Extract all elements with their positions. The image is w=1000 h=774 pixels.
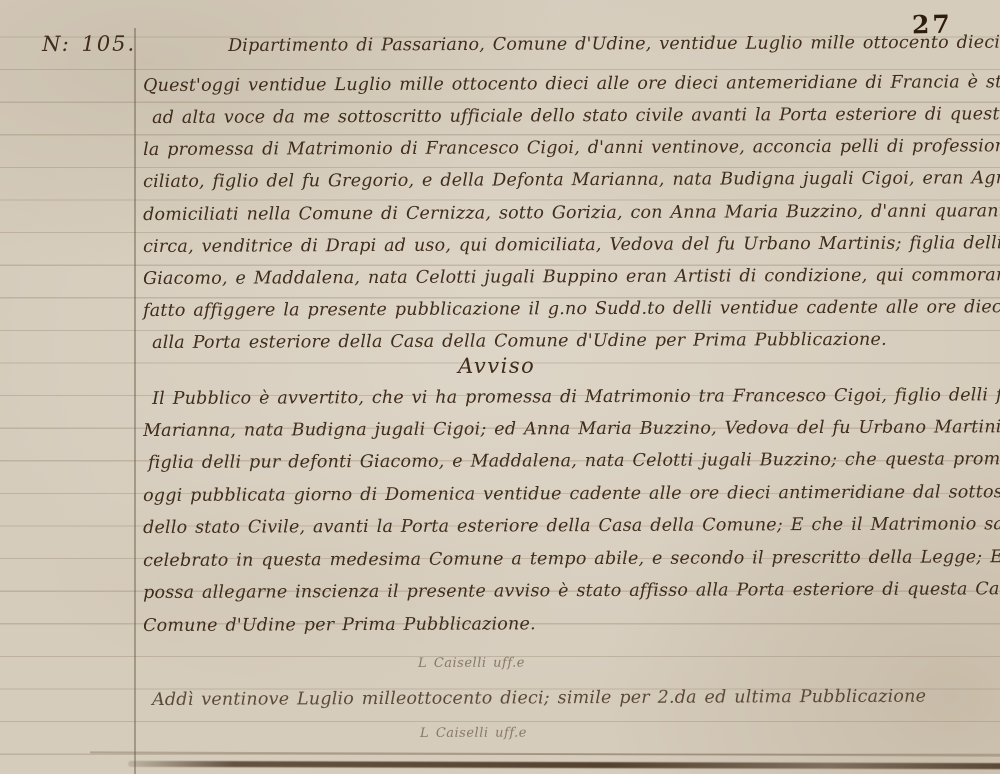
avviso-line: celebrato in questa medesima Comune a te… bbox=[143, 547, 1000, 571]
avviso-line: Comune d'Udine per Prima Pubblicazione. bbox=[143, 614, 536, 636]
body-line: alla Porta esteriore della Casa della Co… bbox=[152, 330, 887, 353]
avviso-line: oggi pubblicata giorno di Domenica venti… bbox=[143, 482, 1000, 506]
avviso-heading: Avviso bbox=[458, 354, 535, 378]
body-line: Quest'oggi ventidue Luglio mille ottocen… bbox=[143, 72, 1000, 96]
avviso-line: Marianna, nata Budigna jugali Cigoi; ed … bbox=[143, 417, 1000, 441]
margin-record-number: N: 105. bbox=[42, 32, 136, 56]
avviso-line: Il Pubblico è avvertito, che vi ha prome… bbox=[152, 385, 1000, 409]
page-bottom-edge bbox=[128, 761, 1000, 769]
body-line: ciliato, figlio del fu Gregorio, e della… bbox=[143, 168, 1000, 192]
margin-rule-line bbox=[134, 28, 136, 774]
body-line: domiciliati nella Comune di Cernizza, so… bbox=[143, 201, 1000, 225]
avviso-line: dello stato Civile, avanti la Porta este… bbox=[143, 514, 1000, 538]
official-signature: L Caiselli uff.e bbox=[420, 726, 527, 741]
body-line: ad alta voce da me sottoscritto ufficial… bbox=[152, 103, 1000, 128]
manuscript-page: 27 N: 105. Dipartimento di Passariano, C… bbox=[0, 0, 1000, 774]
official-signature: L Caiselli uff.e bbox=[418, 656, 525, 671]
body-line: Giacomo, e Maddalena, nata Celotti jugal… bbox=[143, 265, 1000, 289]
avviso-line: figlia delli pur defonti Giacomo, e Madd… bbox=[148, 449, 1000, 473]
body-line: fatto affiggere la presente pubblicazion… bbox=[143, 297, 1000, 321]
closing-line: Addì ventinove Luglio milleottocento die… bbox=[152, 687, 926, 710]
avviso-line: possa allegarne inscienza il presente av… bbox=[143, 579, 1000, 603]
header-line: Dipartimento di Passariano, Comune d'Udi… bbox=[228, 33, 1000, 56]
bottom-faint-line bbox=[90, 751, 1000, 756]
body-line: circa, venditrice di Drapi ad uso, qui d… bbox=[143, 233, 1000, 257]
body-line: la promessa di Matrimonio di Francesco C… bbox=[143, 136, 1000, 160]
